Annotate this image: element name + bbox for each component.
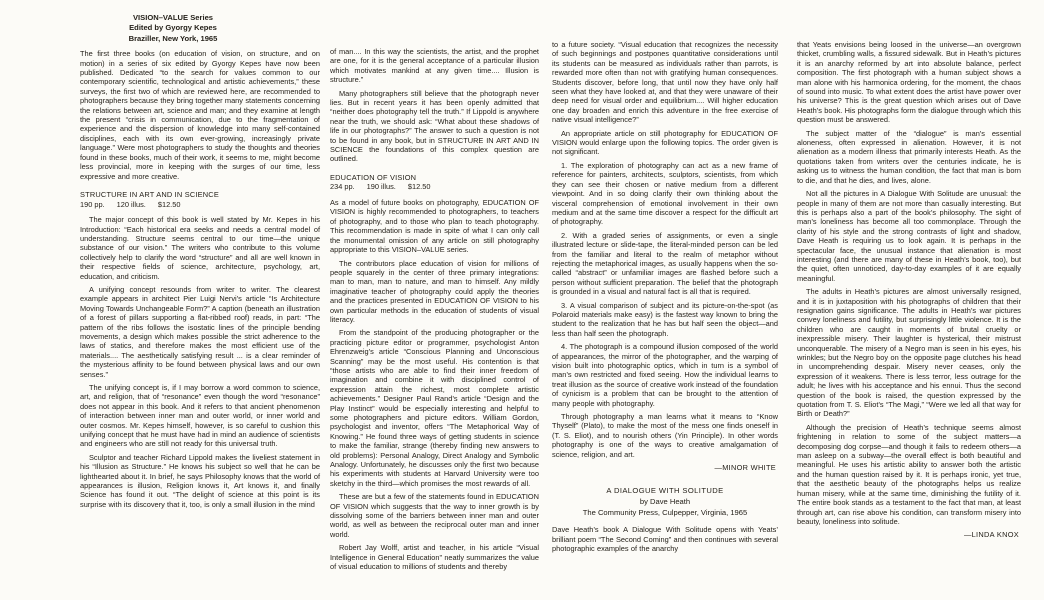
series-intro-paragraph: The first three books (on education of v…	[80, 49, 320, 181]
paragraph-standpoint: From the standpoint of the producing pho…	[330, 328, 539, 488]
paragraph-precision: Although the precision of Heath’s techni…	[797, 423, 1021, 526]
paragraph-opens-part1: Dave Heath’s book A Dialogue With Solitu…	[552, 525, 778, 553]
paragraph-major-concept: The major concept of this book is well s…	[80, 215, 320, 281]
series-title: VISION–VALUE Series	[88, 13, 258, 23]
byline-minor-white: —MINOR WHITE	[552, 463, 776, 472]
paragraph-model: As a model of future books on photograph…	[330, 198, 539, 254]
paragraph-topic-3: 3. A visual comparison of subject and it…	[552, 301, 778, 339]
series-editor: Edited by Gyorgy Kepes	[88, 23, 258, 33]
magazine-review-page: VISION–VALUE Series Edited by Gyorgy Kep…	[0, 0, 1044, 600]
paragraph-statements: These are but a few of the statements fo…	[330, 492, 539, 539]
paragraph-topic-1: 1. The exploration of photography can ac…	[552, 161, 778, 227]
column-2: of man.... In this way the scientists, t…	[330, 13, 539, 600]
paragraph-through-photography: Through photography a man learns what it…	[552, 412, 778, 459]
column-3: to a future society. “Visual education t…	[552, 13, 778, 600]
education-book-title: EDUCATION OF VISION	[330, 173, 539, 183]
paragraph-appropriate-article: An appropriate article on still photogra…	[552, 129, 778, 157]
paragraph-wolff-part2: to a future society. “Visual education t…	[552, 40, 778, 125]
structure-book-title: STRUCTURE IN ART AND IN SCIENCE	[80, 190, 320, 200]
column-1: VISION–VALUE Series Edited by Gyorgy Kep…	[80, 13, 320, 600]
paragraph-contributors: The contributors place education of visi…	[330, 259, 539, 325]
structure-book-pages: 190 pp.	[80, 200, 105, 209]
series-publisher: Braziller, New York, 1965	[88, 34, 258, 44]
paragraph-topic-4: 4. The photograph is a compound illusion…	[552, 342, 778, 408]
paragraph-photographers: Many photographers still believe that th…	[330, 89, 539, 164]
education-book-pages: 234 pp.	[330, 182, 355, 191]
paragraph-unifying-example: A unifying concept resounds from writer …	[80, 285, 320, 379]
paragraph-subject-matter: The subject matter of the “dialogue” is …	[797, 129, 1021, 185]
solitude-author: by Dave Heath	[552, 497, 778, 508]
paragraph-opens-part2: that Yeats envisions being loosed in the…	[797, 40, 1021, 125]
paragraph-wolff-part1: Robert Jay Wolff, artist and teacher, in…	[330, 543, 539, 571]
solitude-publisher: The Community Press, Culpepper, Virginia…	[552, 508, 778, 519]
structure-book-specs: 190 pp.120 illus.$12.50	[80, 200, 320, 210]
solitude-title: A DIALOGUE WITH SOLITUDE	[552, 486, 778, 497]
paragraph-lippold-part1: Sculptor and teacher Richard Lippold mak…	[80, 453, 320, 509]
series-header: VISION–VALUE Series Edited by Gyorgy Kep…	[88, 13, 258, 44]
paragraph-not-all-pictures: Not all the pictures in A Dialogue With …	[797, 189, 1021, 283]
education-book-illus: 190 illus.	[367, 182, 396, 191]
solitude-header: A DIALOGUE WITH SOLITUDE by Dave Heath T…	[552, 486, 778, 518]
paragraph-resonance: The unifying concept is, if I may borrow…	[80, 383, 320, 449]
paragraph-topic-2: 2. With a graded series of assignments, …	[552, 231, 778, 297]
education-book-price: $12.50	[408, 182, 431, 191]
structure-book-price: $12.50	[158, 200, 181, 209]
education-book-specs: 234 pp.190 illus.$12.50	[330, 182, 539, 192]
paragraph-adults: The adults in Heath’s pictures are almos…	[797, 287, 1021, 419]
paragraph-lippold-part2: of man.... In this way the scientists, t…	[330, 47, 539, 85]
column-4: that Yeats envisions being loosed in the…	[797, 13, 1021, 600]
byline-linda-knox: —LINDA KNOX	[797, 530, 1019, 539]
structure-book-illus: 120 illus.	[117, 200, 146, 209]
